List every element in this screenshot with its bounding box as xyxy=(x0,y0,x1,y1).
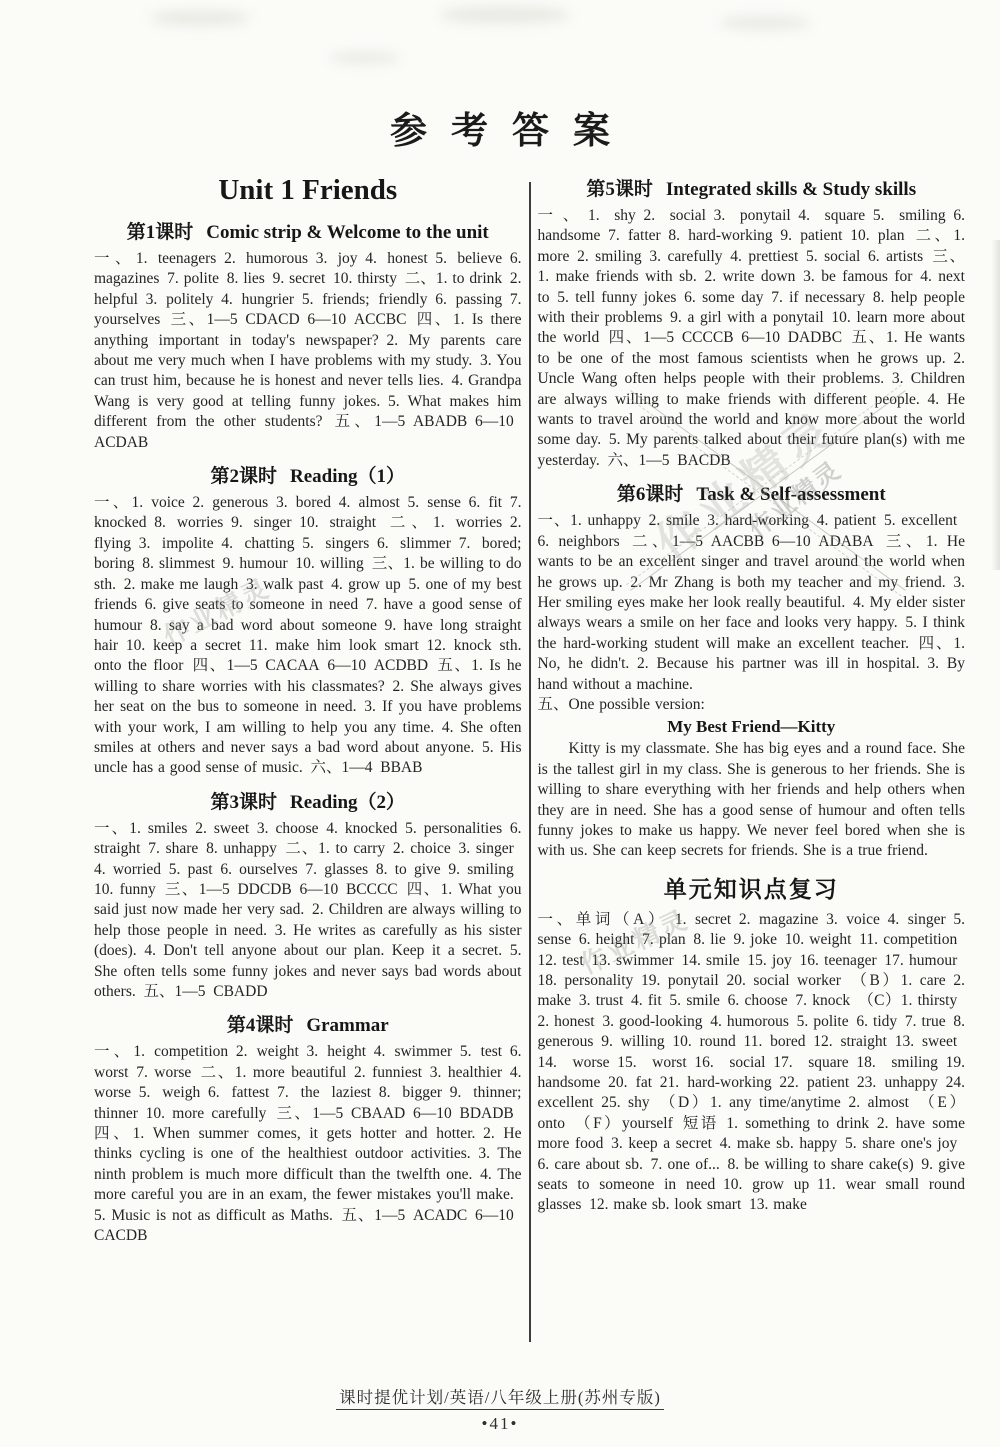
section-lesson-5: 第5课时Integrated skills & Study skills 一、1… xyxy=(538,174,966,471)
section-lesson-1: 第1课时Comic strip & Welcome to the unit 一、… xyxy=(94,217,522,453)
page-edge-shadow xyxy=(991,240,1000,570)
essay-body: Kitty is my classmate. She has big eyes … xyxy=(538,739,966,861)
lesson-6-number: 第6课时 xyxy=(617,484,684,505)
lesson-5-number: 第5课时 xyxy=(586,179,653,200)
scan-bleed-mark xyxy=(150,10,250,26)
lesson-4-answers: 一、1. competition 2. weight 3. height 4. … xyxy=(94,1042,522,1246)
scan-bleed-mark xyxy=(330,52,400,64)
unit-heading: Unit 1 Friends xyxy=(94,174,522,207)
book-info: 课时提优计划/英语/八年级上册(苏州专版) xyxy=(336,1384,664,1410)
unit-review-answers: 一、单词（A） 1. secret 2. magazine 3. voice 4… xyxy=(538,910,966,1216)
lesson-6-answers: 一、1. unhappy 2. smile 3. hard-working 4.… xyxy=(538,511,966,695)
two-column-layout: Unit 1 Friends 第1课时Comic strip & Welcome… xyxy=(94,172,965,1370)
lesson-4-heading: 第4课时Grammar xyxy=(94,1010,522,1037)
lesson-5-title: Integrated skills & Study skills xyxy=(666,179,916,200)
lesson-6-heading: 第6课时Task & Self-assessment xyxy=(538,479,966,506)
scan-bleed-mark xyxy=(440,6,570,24)
lesson-5-heading: 第5课时Integrated skills & Study skills xyxy=(538,174,966,201)
scanned-answer-page: 参考答案 Unit 1 Friends 第1课时Comic strip & We… xyxy=(0,0,1000,1447)
lesson-1-answers: 一、1. teenagers 2. humorous 3. joy 4. hon… xyxy=(94,249,522,453)
page-footer: 课时提优计划/英语/八年级上册(苏州专版) •41• xyxy=(0,1384,1000,1434)
lesson-2-heading: 第2课时Reading（1） xyxy=(94,461,522,488)
scan-bleed-mark xyxy=(720,16,810,30)
lesson-6-title: Task & Self-assessment xyxy=(696,484,885,505)
right-column: 第5课时Integrated skills & Study skills 一、1… xyxy=(538,172,966,1370)
column-divider-rule xyxy=(529,182,531,1342)
lesson-3-title: Reading（2） xyxy=(290,792,405,813)
lesson-1-number: 第1课时 xyxy=(127,222,194,243)
lesson-1-title: Comic strip & Welcome to the unit xyxy=(206,222,489,243)
section-lesson-3: 第3课时Reading（2） 一、1. smiles 2. sweet 3. c… xyxy=(94,787,522,1003)
section-lesson-6: 第6课时Task & Self-assessment 一、1. unhappy … xyxy=(538,479,966,862)
lesson-4-number: 第4课时 xyxy=(227,1015,294,1036)
lesson-2-title: Reading（1） xyxy=(290,466,405,487)
page-title: 参考答案 xyxy=(0,100,1000,154)
lesson-3-answers: 一、1. smiles 2. sweet 3. choose 4. knocke… xyxy=(94,819,522,1003)
section-lesson-2: 第2课时Reading（1） 一、1. voice 2. generous 3.… xyxy=(94,461,522,779)
lesson-3-number: 第3课时 xyxy=(210,792,277,813)
writing-task-label: 五、One possible version: xyxy=(538,695,966,715)
lesson-3-heading: 第3课时Reading（2） xyxy=(94,787,522,814)
unit-review-heading: 单元知识点复习 xyxy=(538,871,966,904)
section-lesson-4: 第4课时Grammar 一、1. competition 2. weight 3… xyxy=(94,1010,522,1246)
page-number: •41• xyxy=(0,1414,1000,1434)
lesson-2-number: 第2课时 xyxy=(210,466,277,487)
left-column: Unit 1 Friends 第1课时Comic strip & Welcome… xyxy=(94,172,522,1370)
lesson-4-title: Grammar xyxy=(306,1015,388,1036)
section-unit-review: 单元知识点复习 一、单词（A） 1. secret 2. magazine 3.… xyxy=(538,871,966,1216)
lesson-1-heading: 第1课时Comic strip & Welcome to the unit xyxy=(94,217,522,244)
lesson-5-answers: 一、1. shy 2. social 3. ponytail 4. square… xyxy=(538,206,966,471)
lesson-2-answers: 一、1. voice 2. generous 3. bored 4. almos… xyxy=(94,493,522,779)
essay-title: My Best Friend—Kitty xyxy=(538,717,966,737)
